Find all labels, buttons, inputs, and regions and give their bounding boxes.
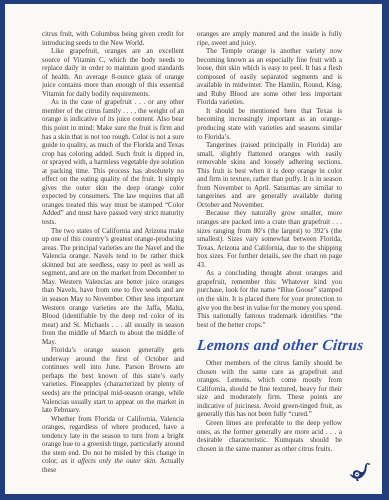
paragraph: Green limes are preferable to the deep y… — [197, 419, 342, 453]
left-column: citrus fruit, with Columbus being given … — [42, 30, 184, 474]
paragraph: As a concluding thought about oranges an… — [197, 269, 342, 329]
text-columns: citrus fruit, with Columbus being given … — [42, 30, 342, 474]
right-column: oranges are amply matured and the inside… — [197, 30, 342, 474]
paragraph: Like grapefruit, oranges are an excellen… — [42, 47, 184, 98]
paragraph: As in the case of grapefruit . . . or an… — [42, 98, 184, 226]
paragraph: The Temple orange is another variety now… — [197, 47, 342, 107]
paragraph: Tangerines (raised principally in Florid… — [197, 141, 342, 209]
italic-phrase: as it affects only the outer skin. — [61, 457, 157, 465]
paragraph: The two states of California and Arizona… — [42, 227, 184, 347]
paragraph: Other members of the citrus family shoul… — [197, 359, 342, 419]
paragraph: oranges are amply matured and the inside… — [197, 30, 342, 47]
paragraph: Whether from Florida or California, Vale… — [42, 415, 184, 475]
book-page: citrus fruit, with Columbus being given … — [0, 0, 389, 500]
paragraph: citrus fruit, with Columbus being given … — [42, 30, 184, 47]
blue-goose-logo-icon — [346, 458, 373, 485]
paragraph: Because they naturally grow smaller, mor… — [197, 209, 342, 269]
section-heading-lemons-and-other-citrus: Lemons and other Citrus — [196, 337, 343, 355]
paragraph: Florida’s orange season generally gets u… — [42, 346, 184, 414]
paragraph: It should be mentioned here that Texas i… — [197, 107, 342, 141]
